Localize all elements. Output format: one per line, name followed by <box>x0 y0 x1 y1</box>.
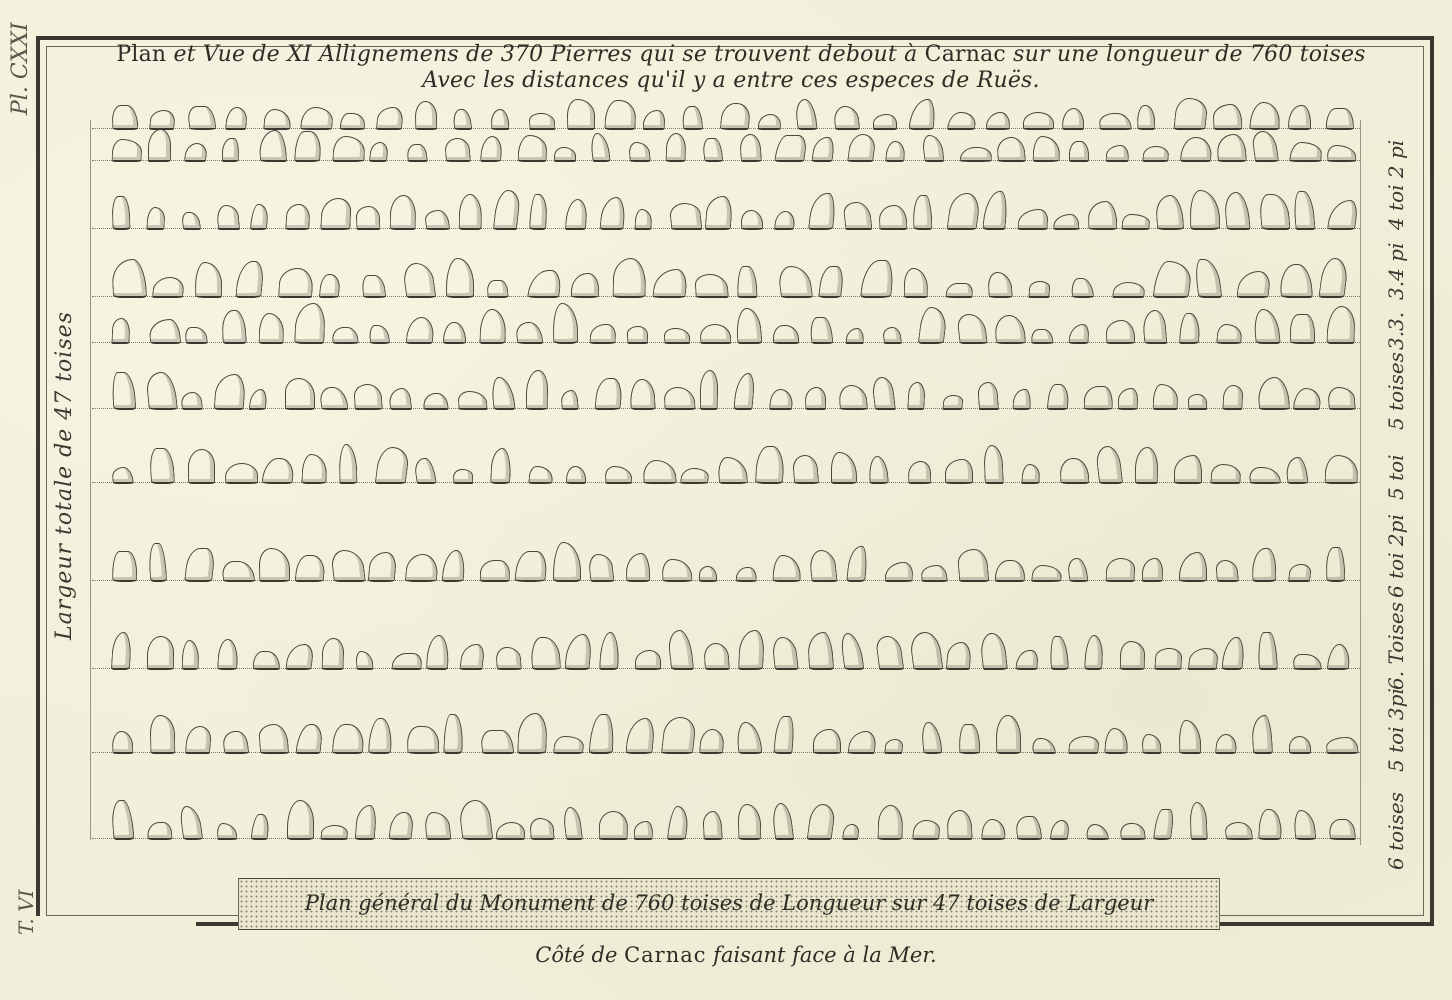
standing-stone <box>1327 200 1359 230</box>
standing-stone <box>818 266 845 298</box>
standing-stone <box>1118 388 1138 410</box>
standing-stone <box>1222 385 1243 410</box>
standing-stone <box>452 469 473 484</box>
standing-stone <box>320 198 351 230</box>
plan-banner: Plan général du Monument de 760 toises d… <box>238 878 1220 930</box>
row-stones <box>112 190 1360 230</box>
standing-stone <box>564 634 593 670</box>
standing-stone <box>920 565 947 582</box>
standing-stone <box>391 653 422 670</box>
standing-stone <box>1053 214 1080 230</box>
distance-label: 6. Toises <box>1384 602 1408 690</box>
standing-stone <box>771 803 794 840</box>
standing-stone <box>287 800 314 840</box>
standing-stone <box>1290 314 1315 344</box>
standing-stone <box>111 632 132 670</box>
standing-stone <box>407 726 440 754</box>
standing-stone <box>1292 388 1322 410</box>
standing-stone <box>669 203 703 230</box>
standing-stone <box>1069 324 1090 344</box>
standing-stone <box>1106 145 1130 162</box>
standing-stone <box>301 454 327 484</box>
standing-stone <box>1252 309 1280 344</box>
caption-place: Carnac <box>624 943 706 967</box>
standing-stone <box>626 553 650 582</box>
standing-stone <box>875 636 905 670</box>
standing-stone <box>423 210 450 230</box>
standing-stone <box>148 319 182 344</box>
row-stones <box>112 370 1360 410</box>
alignment-row <box>92 668 1360 670</box>
standing-stone <box>262 458 296 484</box>
standing-stone <box>987 272 1012 298</box>
standing-stone <box>884 562 913 582</box>
standing-stone <box>1069 141 1089 162</box>
standing-stone <box>332 136 365 162</box>
standing-stone <box>1248 467 1282 484</box>
standing-stone <box>1251 715 1273 754</box>
standing-stone <box>1029 281 1051 298</box>
standing-stone <box>571 273 599 298</box>
standing-stone <box>294 303 326 344</box>
standing-stone <box>1224 822 1254 840</box>
standing-stone <box>389 812 415 840</box>
standing-stone <box>1021 464 1040 484</box>
standing-stone <box>1087 201 1117 230</box>
standing-stone <box>221 310 246 344</box>
standing-stone <box>878 805 905 840</box>
standing-stone <box>1216 324 1242 344</box>
width-axis-label: Largeur totale de 47 toises <box>52 311 77 640</box>
standing-stone <box>112 551 137 582</box>
standing-stone <box>1258 809 1282 840</box>
sea-side-caption: Côté de Carnac faisant face à la Mer. <box>0 943 1452 967</box>
standing-stone <box>642 460 677 484</box>
standing-stone <box>216 205 240 230</box>
standing-stone <box>294 555 326 582</box>
standing-stone <box>957 549 990 582</box>
standing-stone <box>286 204 311 230</box>
standing-stone <box>838 385 868 410</box>
standing-stone <box>1141 734 1161 754</box>
standing-stone <box>804 387 825 410</box>
standing-stone <box>356 651 374 670</box>
standing-stone <box>1031 329 1054 344</box>
row-stones <box>112 542 1360 582</box>
row-stones <box>112 304 1360 344</box>
standing-stone <box>945 642 971 670</box>
standing-stone <box>405 317 435 344</box>
standing-stone <box>286 644 316 670</box>
standing-stone <box>375 447 411 484</box>
standing-stone <box>904 268 928 298</box>
standing-stone <box>368 552 397 582</box>
standing-stone <box>1215 734 1238 754</box>
standing-stone <box>846 328 865 344</box>
standing-stone <box>699 729 725 754</box>
standing-stone <box>847 731 877 754</box>
standing-stone <box>426 635 450 670</box>
standing-stone <box>515 322 543 344</box>
standing-stone <box>946 193 981 230</box>
standing-stone <box>1211 464 1243 484</box>
standing-stone <box>1033 136 1061 162</box>
standing-stone <box>319 387 349 410</box>
standing-stone <box>1121 214 1151 230</box>
standing-stone <box>225 463 259 484</box>
standing-stone <box>956 314 988 344</box>
standing-stone <box>979 633 1007 670</box>
standing-stone <box>278 268 314 298</box>
standing-stone <box>885 141 906 162</box>
row-stones <box>112 714 1360 754</box>
standing-stone <box>354 384 384 410</box>
standing-stone <box>184 327 208 344</box>
standing-stone <box>1113 282 1146 298</box>
standing-stone <box>413 458 437 484</box>
standing-stone <box>1292 654 1322 670</box>
standing-stone <box>909 632 944 670</box>
standing-stone <box>599 632 619 670</box>
standing-stone <box>1174 455 1203 484</box>
standing-stone <box>1015 650 1038 670</box>
alignment-row <box>92 342 1360 344</box>
standing-stone <box>1325 737 1358 754</box>
standing-stone <box>813 729 841 754</box>
standing-stone <box>1326 145 1356 162</box>
standing-stone <box>1095 446 1123 484</box>
distance-label: 6 toises <box>1384 792 1408 870</box>
standing-stone <box>1153 261 1194 298</box>
standing-stone <box>700 370 718 410</box>
standing-stone <box>552 542 580 582</box>
standing-stone <box>182 640 200 670</box>
standing-stone <box>1085 824 1109 840</box>
standing-stone <box>480 560 511 582</box>
standing-stone <box>983 445 1004 484</box>
standing-stone <box>769 389 794 410</box>
alignment-row <box>92 160 1360 162</box>
row-stones <box>112 630 1360 670</box>
standing-stone <box>738 804 761 840</box>
standing-stone <box>565 199 588 230</box>
standing-stone <box>480 136 503 162</box>
standing-stone <box>1179 313 1201 344</box>
standing-stone <box>250 204 269 230</box>
standing-stone <box>1327 644 1351 670</box>
standing-stone <box>1257 377 1290 410</box>
standing-stone <box>599 197 627 230</box>
standing-stone <box>146 822 173 840</box>
distance-label: 6 toi 2pi <box>1384 514 1408 598</box>
standing-stone <box>977 382 999 410</box>
title-suffix: sur une longueur de 760 toises <box>1006 42 1366 67</box>
standing-stone <box>553 303 578 344</box>
standing-stone <box>590 324 617 344</box>
standing-stone <box>1257 632 1278 670</box>
standing-stone <box>554 147 576 162</box>
standing-stone <box>111 318 130 344</box>
standing-stone <box>221 561 256 582</box>
standing-stone <box>652 269 689 298</box>
standing-stone <box>480 730 515 754</box>
standing-stone <box>912 820 941 840</box>
standing-stone <box>562 807 583 840</box>
standing-stone <box>994 315 1026 344</box>
standing-stone <box>148 129 171 162</box>
title-line-1: Plan et Vue de XI Allignemens de 370 Pie… <box>0 42 1452 68</box>
standing-stone <box>1188 394 1207 410</box>
standing-stone <box>945 283 973 298</box>
standing-stone <box>368 325 390 344</box>
standing-stone <box>589 133 610 162</box>
standing-stone <box>807 632 835 670</box>
standing-stone <box>560 390 579 410</box>
standing-stone <box>195 262 222 298</box>
standing-stone <box>457 800 493 840</box>
standing-stone <box>332 724 365 754</box>
standing-stone <box>149 448 175 484</box>
standing-stone <box>221 138 239 162</box>
standing-stone <box>1153 809 1175 840</box>
standing-stone <box>1049 636 1069 670</box>
standing-stone <box>846 546 869 582</box>
standing-stone <box>773 325 799 344</box>
standing-stone <box>1326 306 1355 344</box>
standing-stone <box>222 731 250 754</box>
standing-stone <box>1189 802 1207 840</box>
standing-stone <box>490 448 512 484</box>
standing-stone <box>496 822 525 840</box>
standing-stone <box>111 467 134 484</box>
standing-stone <box>258 313 283 344</box>
standing-stone <box>907 382 926 410</box>
standing-stone <box>1135 447 1158 484</box>
standing-stone <box>529 637 560 670</box>
standing-stone <box>995 560 1026 582</box>
standing-stone <box>811 137 835 162</box>
standing-stone <box>627 326 648 344</box>
standing-stone <box>1279 264 1312 298</box>
standing-stone <box>884 739 904 754</box>
standing-stone <box>1013 389 1032 410</box>
standing-stone <box>1188 648 1220 670</box>
standing-stone <box>332 327 360 344</box>
alignment-row <box>92 482 1360 484</box>
standing-stone <box>149 715 174 754</box>
standing-stone <box>1251 131 1279 162</box>
standing-stone <box>982 191 1008 230</box>
standing-stone <box>368 718 393 754</box>
standing-stone <box>1018 209 1049 230</box>
standing-stone <box>402 263 436 298</box>
standing-stone <box>878 205 907 230</box>
standing-stone <box>1142 558 1163 582</box>
standing-stone <box>112 731 134 754</box>
standing-stone <box>147 636 175 670</box>
standing-stone <box>680 468 710 484</box>
standing-stone <box>1215 560 1239 582</box>
standing-stone <box>633 821 653 840</box>
standing-stone <box>1155 195 1185 230</box>
alignment-row <box>92 752 1360 754</box>
standing-stone <box>181 212 201 230</box>
standing-stone <box>1047 384 1070 410</box>
tome-number: T. VI <box>14 890 38 935</box>
standing-stone <box>1152 384 1178 410</box>
standing-stone <box>635 650 661 670</box>
standing-stone <box>217 823 238 840</box>
standing-stone <box>444 138 470 162</box>
row-stones <box>112 800 1360 840</box>
standing-stone <box>773 716 795 754</box>
standing-stone <box>1050 820 1070 840</box>
standing-stone <box>111 196 130 230</box>
standing-stone <box>320 825 349 840</box>
standing-stone <box>443 322 466 344</box>
standing-stone <box>1179 552 1207 582</box>
standing-stone <box>518 135 548 162</box>
standing-stone <box>330 550 366 582</box>
distance-label: 5 toises <box>1384 352 1408 430</box>
standing-stone <box>774 211 796 230</box>
alignment-row <box>92 580 1360 582</box>
standing-stone <box>589 714 615 754</box>
standing-stone <box>259 548 291 582</box>
standing-stone <box>921 135 944 162</box>
standing-stone <box>217 639 239 670</box>
standing-stone <box>587 554 614 582</box>
standing-stone <box>1084 635 1104 670</box>
standing-stone <box>445 258 473 298</box>
standing-stone <box>529 818 554 840</box>
standing-stone <box>1105 558 1135 582</box>
distance-label: 5 toi <box>1384 454 1408 500</box>
standing-stone <box>514 551 549 582</box>
alignment-row <box>92 296 1360 298</box>
title-place: Carnac <box>925 42 1006 67</box>
standing-stone <box>1292 810 1316 840</box>
standing-stone <box>842 824 860 840</box>
standing-stone <box>250 814 270 840</box>
standing-stone <box>981 819 1007 840</box>
standing-stone <box>663 328 690 344</box>
standing-stone <box>528 466 553 484</box>
standing-stone <box>1066 558 1088 582</box>
standing-stone <box>1318 258 1349 298</box>
standing-stone <box>882 327 902 344</box>
standing-stone <box>112 139 143 162</box>
standing-stone <box>355 206 380 230</box>
standing-stone <box>214 374 247 410</box>
standing-stone <box>918 307 948 344</box>
standing-stone <box>1327 387 1356 410</box>
standing-stone <box>1326 547 1346 582</box>
standing-stone <box>806 804 835 840</box>
standing-stone <box>387 388 411 410</box>
standing-stone <box>664 387 696 410</box>
standing-stone <box>179 806 203 840</box>
standing-stone <box>871 377 896 410</box>
standing-stone <box>612 258 646 298</box>
title-main: et Vue de XI Allignemens de 370 Pierres … <box>166 42 924 67</box>
standing-stone <box>443 714 463 754</box>
standing-stone <box>703 643 730 670</box>
standing-stone <box>258 130 288 162</box>
standing-stone <box>705 196 734 230</box>
alignment-row <box>92 838 1360 840</box>
standing-stone <box>1068 736 1100 754</box>
standing-stone <box>1031 565 1063 582</box>
standing-stone <box>775 135 809 162</box>
standing-stone <box>700 324 732 344</box>
standing-stone <box>442 550 467 582</box>
standing-stone <box>661 717 697 754</box>
standing-stone <box>110 800 134 840</box>
standing-stone <box>755 446 785 484</box>
standing-stone <box>479 309 507 344</box>
standing-stone <box>368 142 388 162</box>
alignment-row <box>92 228 1360 230</box>
standing-stone <box>1179 137 1212 162</box>
standing-stone <box>390 195 417 230</box>
standing-stone <box>111 372 136 410</box>
standing-stone <box>735 308 763 344</box>
standing-stone <box>635 209 653 230</box>
standing-stone <box>321 638 344 670</box>
standing-stone <box>493 190 521 230</box>
standing-stone <box>738 630 764 670</box>
standing-stone <box>665 133 686 162</box>
standing-stone <box>772 555 801 582</box>
standing-stone <box>295 724 323 754</box>
standing-stone <box>847 134 876 162</box>
standing-stone <box>1292 191 1315 230</box>
standing-stone <box>188 449 215 484</box>
standing-stone <box>809 550 838 582</box>
banner-text: Plan général du Monument de 760 toises d… <box>239 891 1219 915</box>
standing-stone <box>487 280 509 298</box>
standing-stone <box>253 651 281 670</box>
row-stones <box>112 122 1360 162</box>
standing-stone <box>1060 458 1090 484</box>
standing-stone <box>1324 455 1358 484</box>
standing-stone <box>777 266 814 298</box>
standing-stone <box>625 718 655 754</box>
standing-stone <box>792 455 819 484</box>
standing-stone <box>1289 142 1323 162</box>
distance-label: 5 toi 3pi <box>1384 688 1408 772</box>
standing-stone <box>1289 736 1311 754</box>
distance-axis-line <box>1360 120 1362 845</box>
standing-stone <box>942 395 963 410</box>
distance-label: 4 toi 2 pi <box>1384 140 1408 230</box>
standing-stone <box>959 147 992 162</box>
standing-stone <box>735 567 757 582</box>
standing-stone <box>184 143 208 162</box>
standing-stone <box>1236 271 1271 298</box>
standing-stone <box>662 559 693 582</box>
standing-stone <box>566 466 586 484</box>
row-stones <box>112 444 1360 484</box>
standing-stone <box>1070 278 1094 298</box>
standing-stone <box>1252 548 1276 582</box>
standing-stone <box>959 724 980 754</box>
standing-stone <box>808 317 833 344</box>
standing-stone <box>717 457 749 484</box>
standing-stone <box>526 370 548 410</box>
standing-stone <box>741 210 763 230</box>
